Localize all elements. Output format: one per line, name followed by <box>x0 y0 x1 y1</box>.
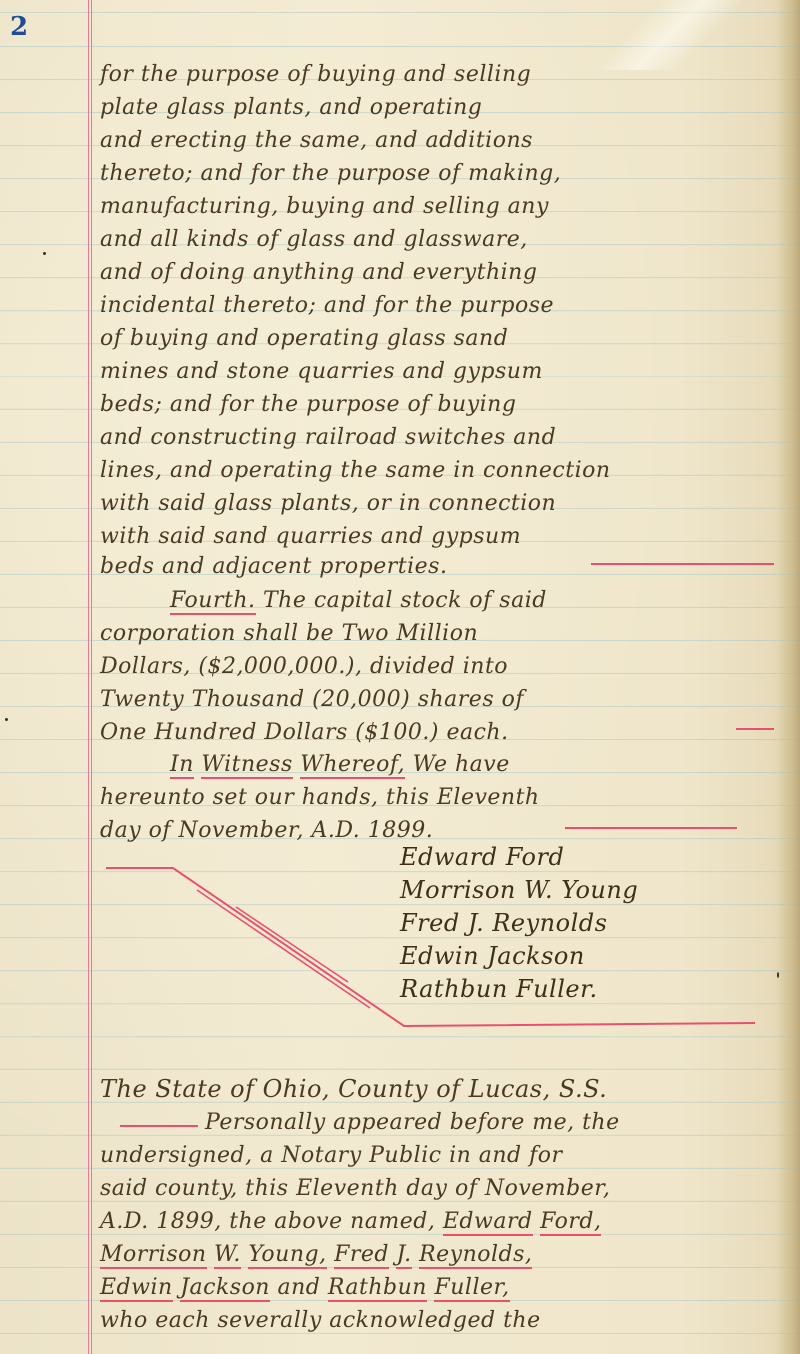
name-word: Reynolds, <box>419 1242 532 1269</box>
names-line-1: A.D. 1899, the above named, Edward Ford, <box>100 1205 780 1238</box>
text-line: said county, this Eleventh day of Novemb… <box>100 1172 780 1205</box>
name-word: W. <box>214 1242 241 1269</box>
name-word: Young, <box>248 1242 326 1269</box>
name-word: Morrison <box>100 1242 207 1269</box>
name-word: J. <box>396 1242 411 1269</box>
name-word: Fred <box>334 1242 389 1269</box>
and-word: and <box>277 1275 320 1300</box>
text-line: Personally appeared before me, the <box>205 1106 800 1139</box>
name-word: Jackson <box>180 1275 270 1302</box>
ledger-page: 2 for the purpose of buying and selling … <box>0 0 800 1354</box>
name-word: Fuller, <box>434 1275 509 1302</box>
text-line: who each severally acknowledged the <box>100 1304 780 1337</box>
name-word: Edward <box>443 1209 533 1236</box>
name-word: Edwin <box>100 1275 173 1302</box>
ack-prefix: A.D. 1899, the above named, <box>100 1209 435 1234</box>
line-filler-rule <box>120 1125 198 1127</box>
venue-line: The State of Ohio, County of Lucas, S.S. <box>100 1073 780 1106</box>
name-word: Rathbun <box>328 1275 427 1302</box>
names-line-3: Edwin Jackson and Rathbun Fuller, <box>100 1271 780 1304</box>
text-line: undersigned, a Notary Public in and for <box>100 1139 780 1172</box>
names-line-2: Morrison W. Young, Fred J. Reynolds, <box>100 1238 780 1271</box>
name-word: Ford, <box>540 1209 601 1236</box>
